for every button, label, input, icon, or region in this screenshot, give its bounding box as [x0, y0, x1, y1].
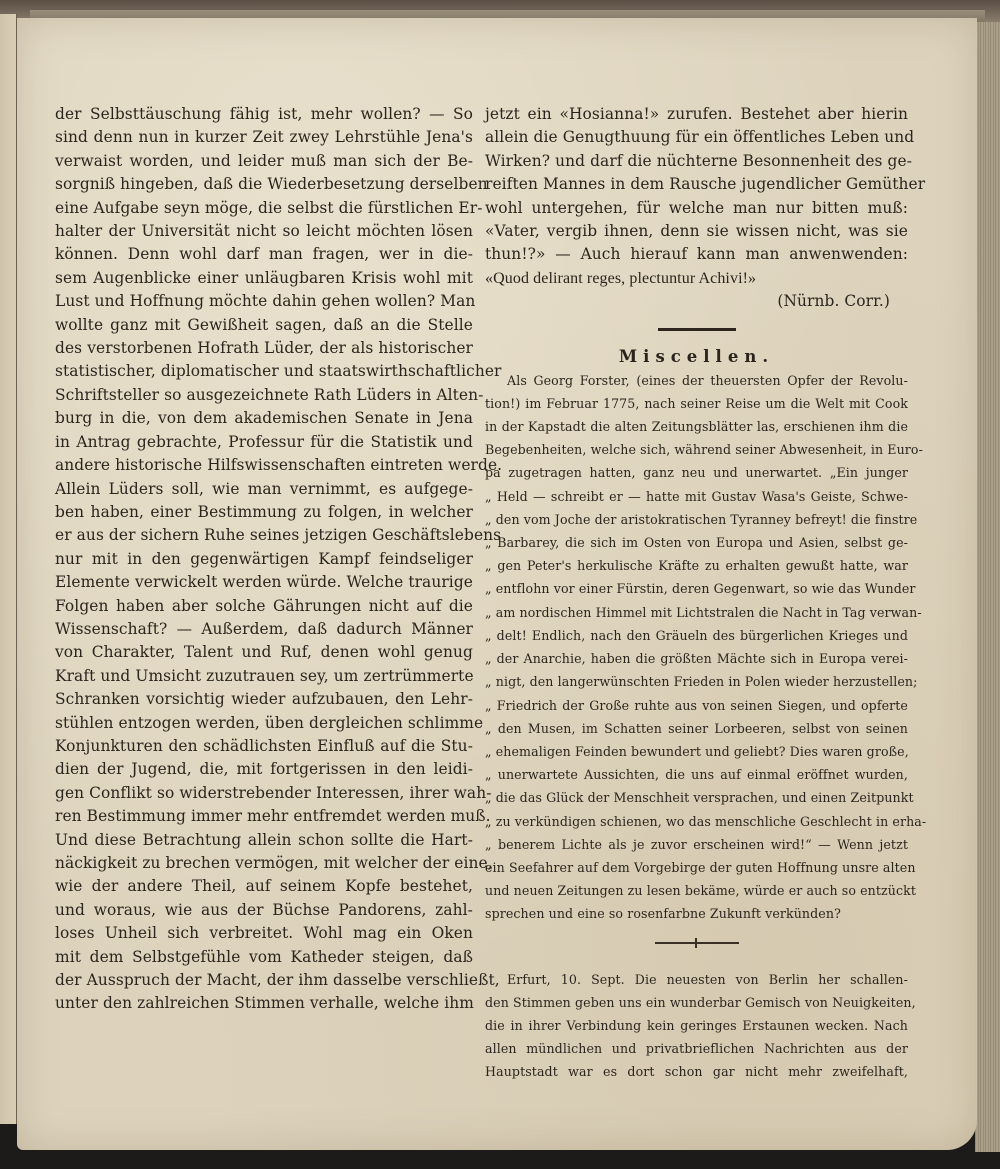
text-line: können. Denn wohl darf man fragen, wer i… — [55, 243, 473, 266]
text-line: „ am nordischen Himmel mit Lichtstralen … — [485, 601, 908, 624]
text-line: sorgniß hingeben, daß die Wiederbesetzun… — [55, 173, 473, 196]
article-continuation: jetzt ein «Hosianna!» zurufen. Bestehet … — [485, 103, 908, 267]
text-line: „ zu verkündigen schienen, wo das mensch… — [485, 810, 908, 833]
text-line: Konjunkturen den schädlichsten Einfluß a… — [55, 735, 473, 758]
text-line: wie der andere Theil, auf seinem Kopfe b… — [55, 875, 473, 898]
text-line: «Vater, vergib ihnen, denn sie wissen ni… — [485, 220, 908, 243]
text-line: thun!?» — Auch hierauf kann man anwenwen… — [485, 243, 908, 266]
text-line: Erfurt, 10. Sept. Die neuesten von Berli… — [485, 968, 908, 991]
text-line: „ delt! Endlich, nach den Gräueln des bü… — [485, 624, 908, 647]
previous-page-edge — [0, 14, 17, 1124]
text-line: gen Conflikt so widerstrebender Interess… — [55, 782, 473, 805]
text-line: er aus der sichern Ruhe seines jetzigen … — [55, 524, 473, 547]
section-divider-rule — [658, 328, 736, 331]
text-line: Schranken vorsichtig wieder aufzubauen, … — [55, 688, 473, 711]
text-line: und neuen Zeitungen zu lesen bekäme, wür… — [485, 879, 908, 902]
text-line: pa zugetragen hatten, ganz neu und unerw… — [485, 461, 908, 484]
text-line: Wirken? und darf die nüchterne Besonnenh… — [485, 150, 908, 173]
section-title-miscellen: Miscellen. — [485, 345, 908, 369]
text-line: Elemente verwickelt werden würde. Welche… — [55, 571, 473, 594]
erfurt-article: Erfurt, 10. Sept. Die neuesten von Berli… — [485, 968, 908, 1084]
text-line: „ den vom Joche der aristokratischen Tyr… — [485, 508, 908, 531]
text-line: „ Friedrich der Große ruhte aus von sein… — [485, 694, 908, 717]
text-line: wohl untergehen, für welche man nur bitt… — [485, 197, 908, 220]
text-line: allein die Genugthuung für ein öffentlic… — [485, 126, 908, 149]
text-line: Folgen haben aber solche Gährungen nicht… — [55, 595, 473, 618]
text-line: Lust und Hoffnung möchte dahin gehen wol… — [55, 290, 473, 313]
text-line: sem Augenblicke einer unläugbaren Krisis… — [55, 267, 473, 290]
text-line: tion!) im Februar 1775, nach seiner Reis… — [485, 392, 908, 415]
text-line: andere historische Hilfswissenschaften e… — [55, 454, 473, 477]
text-line: statistischer, diplomatischer und staats… — [55, 360, 473, 383]
text-line: ben haben, einer Bestimmung zu folgen, i… — [55, 501, 473, 524]
text-line: den Stimmen geben uns ein wunderbar Gemi… — [485, 991, 908, 1014]
text-line: „ gen Peter's herkulische Kräfte zu erha… — [485, 554, 908, 577]
text-line: Als Georg Forster, (eines der theuersten… — [485, 369, 908, 392]
text-line: „ ehemaligen Feinden bewundert und gelie… — [485, 740, 908, 763]
article-separator — [655, 938, 739, 948]
text-line: jetzt ein «Hosianna!» zurufen. Bestehet … — [485, 103, 908, 126]
text-line: sprechen und eine so rosenfarbne Zukunft… — [485, 902, 908, 925]
text-line: in Antrag gebrachte, Professur für die S… — [55, 431, 473, 454]
text-line: „ die das Glück der Menschheit versprach… — [485, 786, 908, 809]
text-line: Allein Lüders soll, wie man vernimmt, es… — [55, 478, 473, 501]
text-line: ren Bestimmung immer mehr entfremdet wer… — [55, 805, 473, 828]
text-line: und woraus, wie aus der Büchse Pandorens… — [55, 899, 473, 922]
text-line: sind denn nun in kurzer Zeit zwey Lehrst… — [55, 126, 473, 149]
newspaper-page: der Selbsttäuschung fähig ist, mehr woll… — [17, 18, 977, 1150]
page-stack-edge — [975, 22, 1000, 1152]
text-line: Kraft und Umsicht zuzutrauen sey, um zer… — [55, 665, 473, 688]
text-line: „ unerwartete Aussichten, die uns auf ei… — [485, 763, 908, 786]
text-line: näckigkeit zu brechen vermögen, mit welc… — [55, 852, 473, 875]
text-line: von Charakter, Talent und Ruf, denen woh… — [55, 641, 473, 664]
text-line: eine Aufgabe seyn möge, die selbst die f… — [55, 197, 473, 220]
text-line: mit dem Selbstgefühle vom Katheder steig… — [55, 946, 473, 969]
text-line: der Selbsttäuschung fähig ist, mehr woll… — [55, 103, 473, 126]
text-line: burg in die, von dem akademischen Senate… — [55, 407, 473, 430]
text-line: dien der Jugend, die, mit fortgerissen i… — [55, 758, 473, 781]
text-line: Wissenschaft? — Außerdem, daß dadurch Mä… — [55, 618, 473, 641]
text-line: in der Kapstadt die alten Zeitungsblätte… — [485, 415, 908, 438]
miscellen-article: Als Georg Forster, (eines der theuersten… — [485, 369, 908, 926]
text-line: „ der Anarchie, haben die größten Mächte… — [485, 647, 908, 670]
text-line: Begebenheiten, welche sich, während sein… — [485, 438, 908, 461]
latin-quote: «Quod delirant reges, plectuntur Achivi!… — [485, 267, 908, 290]
text-line: der Ausspruch der Macht, der ihm dasselb… — [55, 969, 473, 992]
right-column: jetzt ein «Hosianna!» zurufen. Bestehet … — [485, 103, 908, 1084]
text-line: wollte ganz mit Gewißheit sagen, daß an … — [55, 314, 473, 337]
text-line: „ den Musen, im Schatten seiner Lorbeere… — [485, 717, 908, 740]
text-line: „ nigt, den langerwünschten Frieden in P… — [485, 670, 908, 693]
text-line: nur mit in den gegenwärtigen Kampf feind… — [55, 548, 473, 571]
left-column: der Selbsttäuschung fähig ist, mehr woll… — [55, 103, 473, 1016]
text-line: des verstorbenen Hofrath Lüder, der als … — [55, 337, 473, 360]
text-line: „ Barbarey, die sich im Osten von Europa… — [485, 531, 908, 554]
text-line: die in ihrer Verbindung kein geringes Er… — [485, 1014, 908, 1037]
text-line: verwaist worden, und leider muß man sich… — [55, 150, 473, 173]
text-line: allen mündlichen und privatbrieflichen N… — [485, 1037, 908, 1060]
text-line: „ Held — schreibt er — hatte mit Gustav … — [485, 485, 908, 508]
text-line: ein Seefahrer auf dem Vorgebirge der gut… — [485, 856, 908, 879]
text-line: Hauptstadt war es dort schon gar nicht m… — [485, 1060, 908, 1083]
text-line: „ entflohn vor einer Fürstin, deren Gege… — [485, 577, 908, 600]
text-line: Schriftsteller so ausgezeichnete Rath Lü… — [55, 384, 473, 407]
text-line: unter den zahlreichen Stimmen verhalle, … — [55, 992, 473, 1015]
text-line: halter der Universität nicht so leicht m… — [55, 220, 473, 243]
text-line: „ benerem Lichte als je zuvor erscheinen… — [485, 833, 908, 856]
text-line: stühlen entzogen werden, üben dergleiche… — [55, 712, 473, 735]
article-source: (Nürnb. Corr.) — [485, 290, 908, 313]
text-line: loses Unheil sich verbreitet. Wohl mag e… — [55, 922, 473, 945]
text-line: reiften Mannes in dem Rausche jugendlich… — [485, 173, 908, 196]
text-line: Und diese Betrachtung allein schon sollt… — [55, 829, 473, 852]
